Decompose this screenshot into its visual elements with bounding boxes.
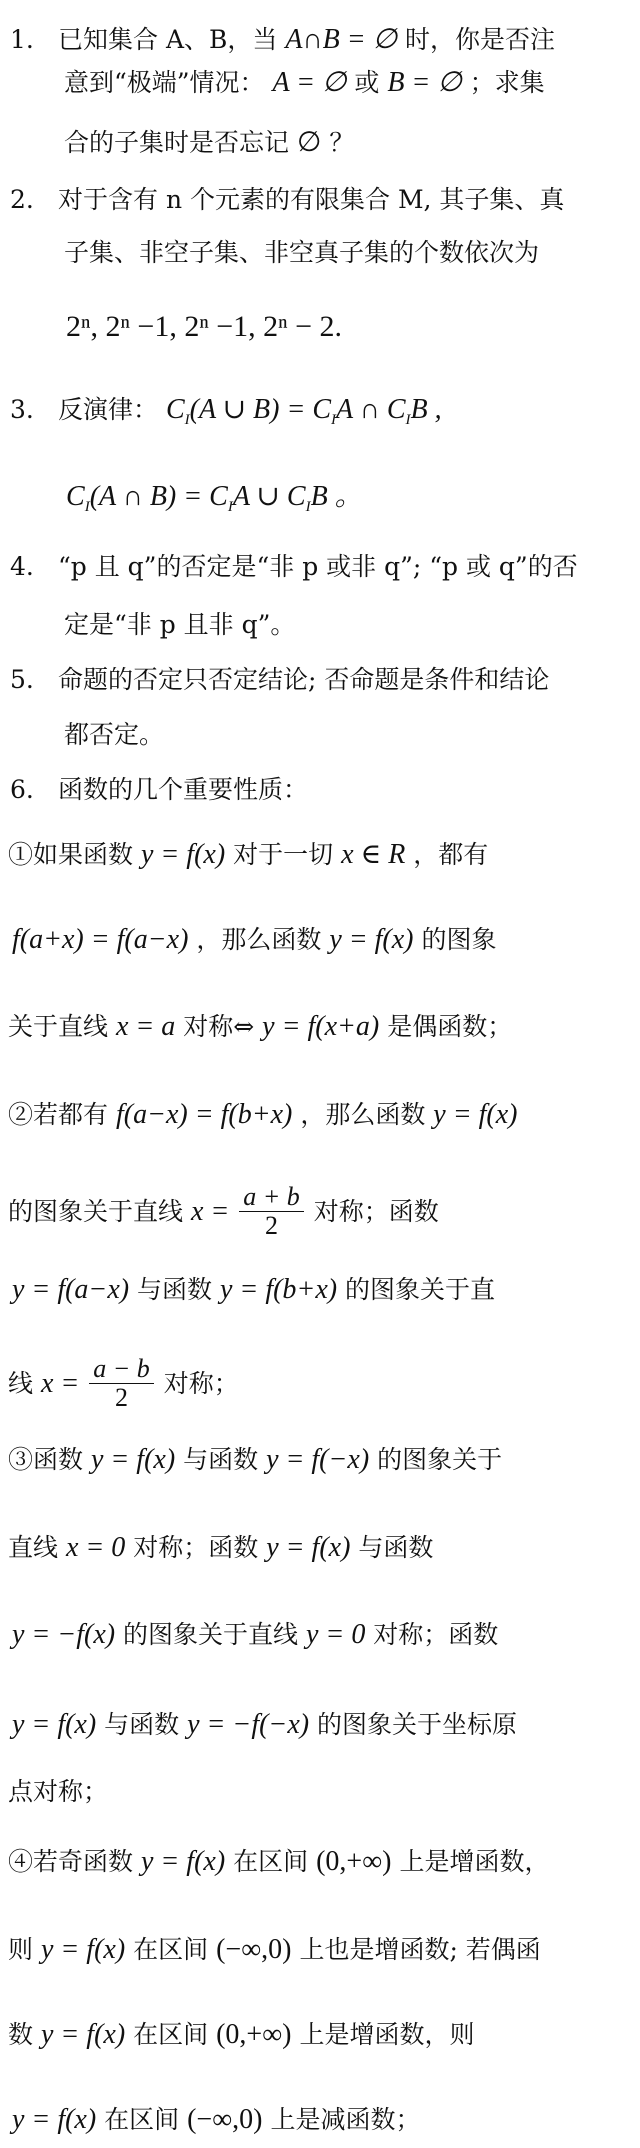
denominator: 2 <box>239 1212 304 1240</box>
property-2-line-2: 的图象关于直线 x = a + b 2 对称；函数 <box>8 1183 439 1243</box>
property-2-line-4: 线 x = a − b 2 对称； <box>8 1355 239 1415</box>
math-de-morgan-2: CI(A ∩ B) = CIA ∪ CIB 。 <box>66 481 363 512</box>
math-a-empty: A = ∅ <box>273 67 347 98</box>
fraction-a-minus-b-over-2: a − b 2 <box>89 1355 154 1412</box>
property-3-line-4: y = f(x) 与函数 y = −f(−x) 的图象关于坐标原 <box>12 1708 517 1742</box>
text: 命题的否定只否定结论; 否命题是条件和结论 <box>58 663 549 697</box>
item-number: 3. <box>10 393 34 427</box>
item-5-line-2: 都否定。 <box>64 718 164 752</box>
text: 函数的几个重要性质： <box>58 773 308 807</box>
math: x ∈ R <box>341 839 405 870</box>
item-4-line-2: 定是“非 p 且非 q”。 <box>64 608 295 642</box>
text: ②若都有 <box>8 1100 108 1129</box>
text: ，那么函数 <box>196 925 321 954</box>
text: 对于一切 <box>233 840 333 869</box>
text: 数 <box>8 2020 33 2049</box>
fraction-a-plus-b-over-2: a + b 2 <box>239 1183 304 1240</box>
property-1-line-1: ①如果函数 y = f(x) 对于一切 x ∈ R ，都有 <box>8 838 488 872</box>
text: 的图象关于直 <box>345 1275 495 1304</box>
text: 直线 <box>8 1533 58 1562</box>
text: 或 <box>354 68 379 97</box>
property-4-line-1: ④若奇函数 y = f(x) 在区间 (0,+∞) 上是增函数， <box>8 1845 549 1879</box>
text: 意到“极端”情况： <box>64 68 265 97</box>
text: ④若奇函数 <box>8 1847 133 1876</box>
item-number: 5. <box>10 663 34 697</box>
item-3-line-2: CI(A ∩ B) = CIA ∪ CIB 。 <box>66 480 363 514</box>
text: 的图象关于 <box>377 1445 502 1474</box>
text: 点对称； <box>8 1777 108 1806</box>
text: 上也是增函数; 若偶函 <box>299 1935 540 1964</box>
item-1-line-3: 合的子集时是否忘记 ∅ ？ <box>64 126 354 160</box>
property-3-line-1: ③函数 y = f(x) 与函数 y = f(−x) 的图象关于 <box>8 1443 502 1477</box>
item-number: 6. <box>10 773 34 807</box>
math: y = f(x) <box>141 839 225 870</box>
text: 的图象 <box>421 925 496 954</box>
text: 与函数 <box>137 1275 212 1304</box>
text: “p 且 q”的否定是“非 p 或非 q”; “p 或 q”的否 <box>58 550 578 584</box>
item-number: 4. <box>10 550 34 584</box>
text: 对于含有 n 个元素的有限集合 M, 其子集、真 <box>58 183 564 217</box>
math-de-morgan-1: CI(A ∪ B) = CIA ∩ CIB , <box>166 394 442 425</box>
math: y = f(x) <box>266 1532 350 1563</box>
math-interval: (−∞,0) <box>187 2104 262 2135</box>
math: y = f(x) <box>141 1846 225 1877</box>
text: 线 <box>8 1369 33 1398</box>
text: 的图象关于坐标原 <box>317 1710 517 1739</box>
text: 则 <box>8 1935 33 1964</box>
text: ，都有 <box>413 840 488 869</box>
math: y = f(x) <box>329 924 413 955</box>
text: ？ <box>329 128 354 157</box>
item-2-line-2: 子集、非空子集、非空真子集的个数依次为 <box>64 236 539 270</box>
denominator: 2 <box>89 1384 154 1412</box>
math-subset-counts: 2ⁿ, 2ⁿ −1, 2ⁿ −1, 2ⁿ − 2. <box>66 310 342 343</box>
text: 在区间 <box>133 1935 208 1964</box>
text: 与函数 <box>358 1533 433 1562</box>
item-2-formula: 2ⁿ, 2ⁿ −1, 2ⁿ −1, 2ⁿ − 2. <box>66 310 342 344</box>
math-interval: (0,+∞) <box>316 1846 391 1877</box>
text: ③函数 <box>8 1445 83 1474</box>
text: 都否定。 <box>64 720 164 749</box>
math: x = a <box>116 1011 175 1042</box>
text: 在区间 <box>104 2105 179 2134</box>
property-2-line-3: y = f(a−x) 与函数 y = f(b+x) 的图象关于直 <box>12 1273 495 1307</box>
text: 与函数 <box>104 1710 179 1739</box>
text: 在区间 <box>133 2020 208 2049</box>
text: 上是减函数； <box>270 2105 420 2134</box>
math: y = f(x) <box>91 1444 175 1475</box>
math: y = f(x+a) <box>262 1011 379 1042</box>
math: y = −f(x) <box>12 1619 115 1650</box>
text: 对称；函数 <box>133 1533 258 1562</box>
math: f(a−x) = f(b+x) <box>116 1099 292 1130</box>
text: ①如果函数 <box>8 840 133 869</box>
math-b-empty: B = ∅ <box>387 67 461 98</box>
property-1-line-3: 关于直线 x = a 对称⇔ y = f(x+a) 是偶函数； <box>8 1010 512 1044</box>
property-4-line-2: 则 y = f(x) 在区间 (−∞,0) 上也是增函数; 若偶函 <box>8 1933 541 1967</box>
math: x = <box>41 1368 79 1399</box>
math: y = f(x) <box>41 1934 125 1965</box>
item-number: 1. <box>10 23 34 57</box>
text: 对称⇔ <box>183 1012 254 1041</box>
math-empty-set: ∅ <box>297 127 321 158</box>
text: 对称；函数 <box>314 1197 439 1226</box>
math: x = 0 <box>66 1532 125 1563</box>
math: y = f(x) <box>433 1099 517 1130</box>
math: x = <box>191 1196 229 1227</box>
property-3-line-3: y = −f(x) 的图象关于直线 y = 0 对称；函数 <box>12 1618 498 1652</box>
math: y = f(x) <box>41 2019 125 2050</box>
text: ；求集 <box>470 68 545 97</box>
math-intersection-empty: A∩B = ∅ <box>285 24 397 55</box>
text: 定是“非 p 且非 q”。 <box>64 610 295 639</box>
property-2-line-1: ②若都有 f(a−x) = f(b+x) ，那么函数 y = f(x) <box>8 1098 517 1132</box>
math: y = f(a−x) <box>12 1274 129 1305</box>
math-interval: (0,+∞) <box>216 2019 291 2050</box>
text: 的图象关于直线 <box>123 1620 298 1649</box>
math-interval: (−∞,0) <box>216 1934 291 1965</box>
text: 已知集合 A、B，当 <box>58 25 277 54</box>
text: 时，你是否注 <box>405 25 555 54</box>
text: 是偶函数； <box>387 1012 512 1041</box>
text: 的图象关于直线 <box>8 1197 183 1226</box>
property-4-line-3: 数 y = f(x) 在区间 (0,+∞) 上是增函数，则 <box>8 2018 474 2052</box>
math: y = f(x) <box>12 1709 96 1740</box>
text: 关于直线 <box>8 1012 108 1041</box>
property-3-line-5: 点对称； <box>8 1775 108 1809</box>
math: f(a+x) = f(a−x) <box>12 924 188 955</box>
text: 合的子集时是否忘记 <box>64 128 289 157</box>
property-3-line-2: 直线 x = 0 对称；函数 y = f(x) 与函数 <box>8 1531 433 1565</box>
text: 子集、非空子集、非空真子集的个数依次为 <box>64 238 539 267</box>
numerator: a + b <box>239 1183 304 1212</box>
math: y = 0 <box>306 1619 365 1650</box>
property-1-line-2: f(a+x) = f(a−x) ，那么函数 y = f(x) 的图象 <box>12 923 496 957</box>
property-4-line-4: y = f(x) 在区间 (−∞,0) 上是减函数； <box>12 2103 420 2137</box>
math: y = f(−x) <box>266 1444 369 1475</box>
item-number: 2. <box>10 183 34 217</box>
text: 上是增函数，则 <box>299 2020 474 2049</box>
text: 在区间 <box>233 1847 308 1876</box>
text: 上是增函数， <box>399 1847 549 1876</box>
math: y = f(x) <box>12 2104 96 2135</box>
text: 对称；函数 <box>373 1620 498 1649</box>
math: y = −f(−x) <box>187 1709 309 1740</box>
text: 对称； <box>164 1369 239 1398</box>
item-1-line-2: 意到“极端”情况： A = ∅ 或 B = ∅ ；求集 <box>64 66 545 100</box>
math: y = f(b+x) <box>220 1274 337 1305</box>
numerator: a − b <box>89 1355 154 1384</box>
text: 反演律： <box>58 395 158 424</box>
text: ，那么函数 <box>300 1100 425 1129</box>
text: 与函数 <box>183 1445 258 1474</box>
